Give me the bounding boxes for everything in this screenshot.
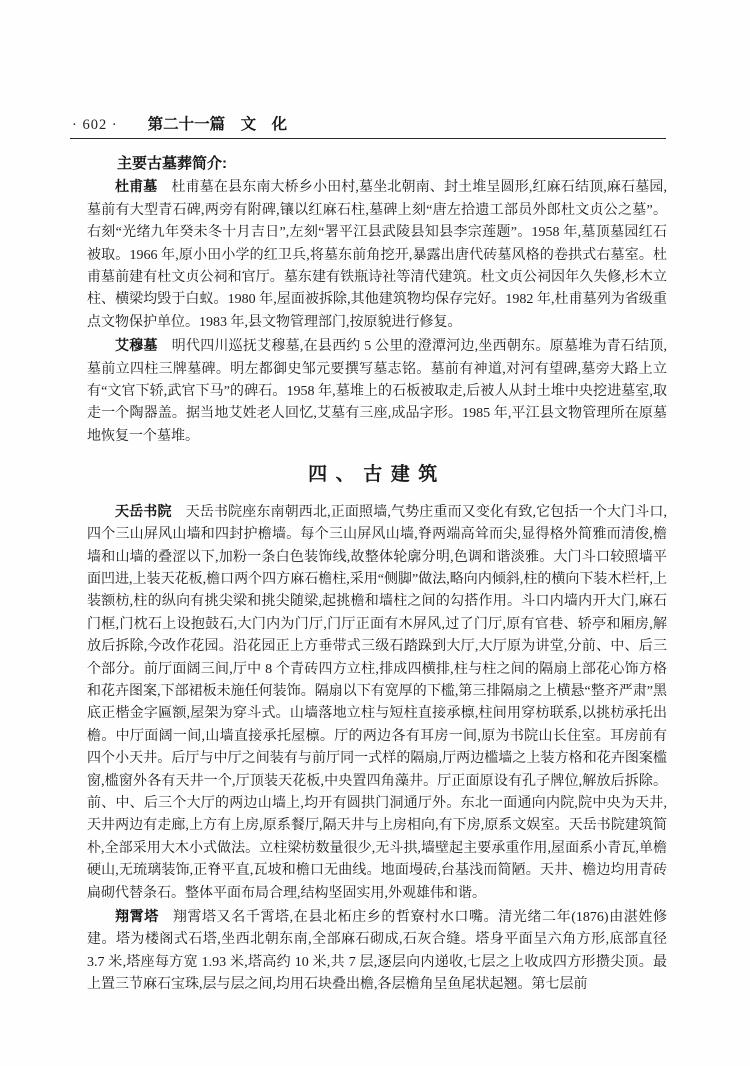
paragraph-dufu-tomb: 杜甫墓杜甫墓在县东南大桥乡小田村,墓坐北朝南、封土堆呈圆形,红麻石结顶,麻石墓园…: [87, 175, 667, 334]
paragraph-term-tianyue-academy: 天岳书院: [115, 503, 172, 519]
paragraph-text-xiangxiao-pagoda: 翔霄塔又名千霄塔,在县北柘庄乡的哲寮村水口嘴。清光绪二年(1876)由湛姓修建。…: [87, 910, 667, 992]
paragraph-term-xiangxiao-pagoda: 翔霄塔: [115, 908, 159, 924]
paragraph-text-tianyue-academy: 天岳书院座东南朝西北,正面照墙,气势庄重而又变化有致,它包括一个大门斗口,四个三…: [87, 505, 667, 901]
running-head: · 602 · 第二十一篇 文 化: [72, 112, 666, 134]
ancient-buildings-heading: 四、古建筑: [87, 464, 667, 486]
page-number: · 602 ·: [72, 117, 118, 134]
paragraph-tianyue-academy: 天岳书院天岳书院座东南朝西北,正面照墙,气势庄重而又变化有致,它包括一个大门斗口…: [87, 500, 667, 905]
tombs-intro-heading: 主要古墓葬简介:: [87, 153, 667, 175]
paragraph-aimu-tomb: 艾穆墓明代四川巡抚艾穆墓,在县西约 5 公里的澄潭河边,坐西朝东。原墓堆为青石结…: [87, 334, 667, 448]
page-content: 主要古墓葬简介: 杜甫墓杜甫墓在县东南大桥乡小田村,墓坐北朝南、封土堆呈圆形,红…: [87, 153, 667, 997]
paragraph-term-dufu-tomb: 杜甫墓: [115, 178, 157, 194]
paragraph-text-aimu-tomb: 明代四川巡抚艾穆墓,在县西约 5 公里的澄潭河边,坐西朝东。原墓堆为青石结顶,墓…: [87, 339, 667, 444]
chapter-title: 第二十一篇 文 化: [148, 112, 288, 134]
paragraph-xiangxiao-pagoda: 翔霄塔翔霄塔又名千霄塔,在县北柘庄乡的哲寮村水口嘴。清光绪二年(1876)由湛姓…: [87, 905, 667, 997]
paragraph-text-dufu-tomb: 杜甫墓在县东南大桥乡小田村,墓坐北朝南、封土堆呈圆形,红麻石结顶,麻石墓园,墓前…: [87, 180, 667, 329]
paragraph-term-aimu-tomb: 艾穆墓: [115, 337, 158, 353]
book-page: · 602 · 第二十一篇 文 化 主要古墓葬简介: 杜甫墓杜甫墓在县东南大桥乡…: [0, 0, 750, 1066]
header-rule: [70, 138, 666, 139]
